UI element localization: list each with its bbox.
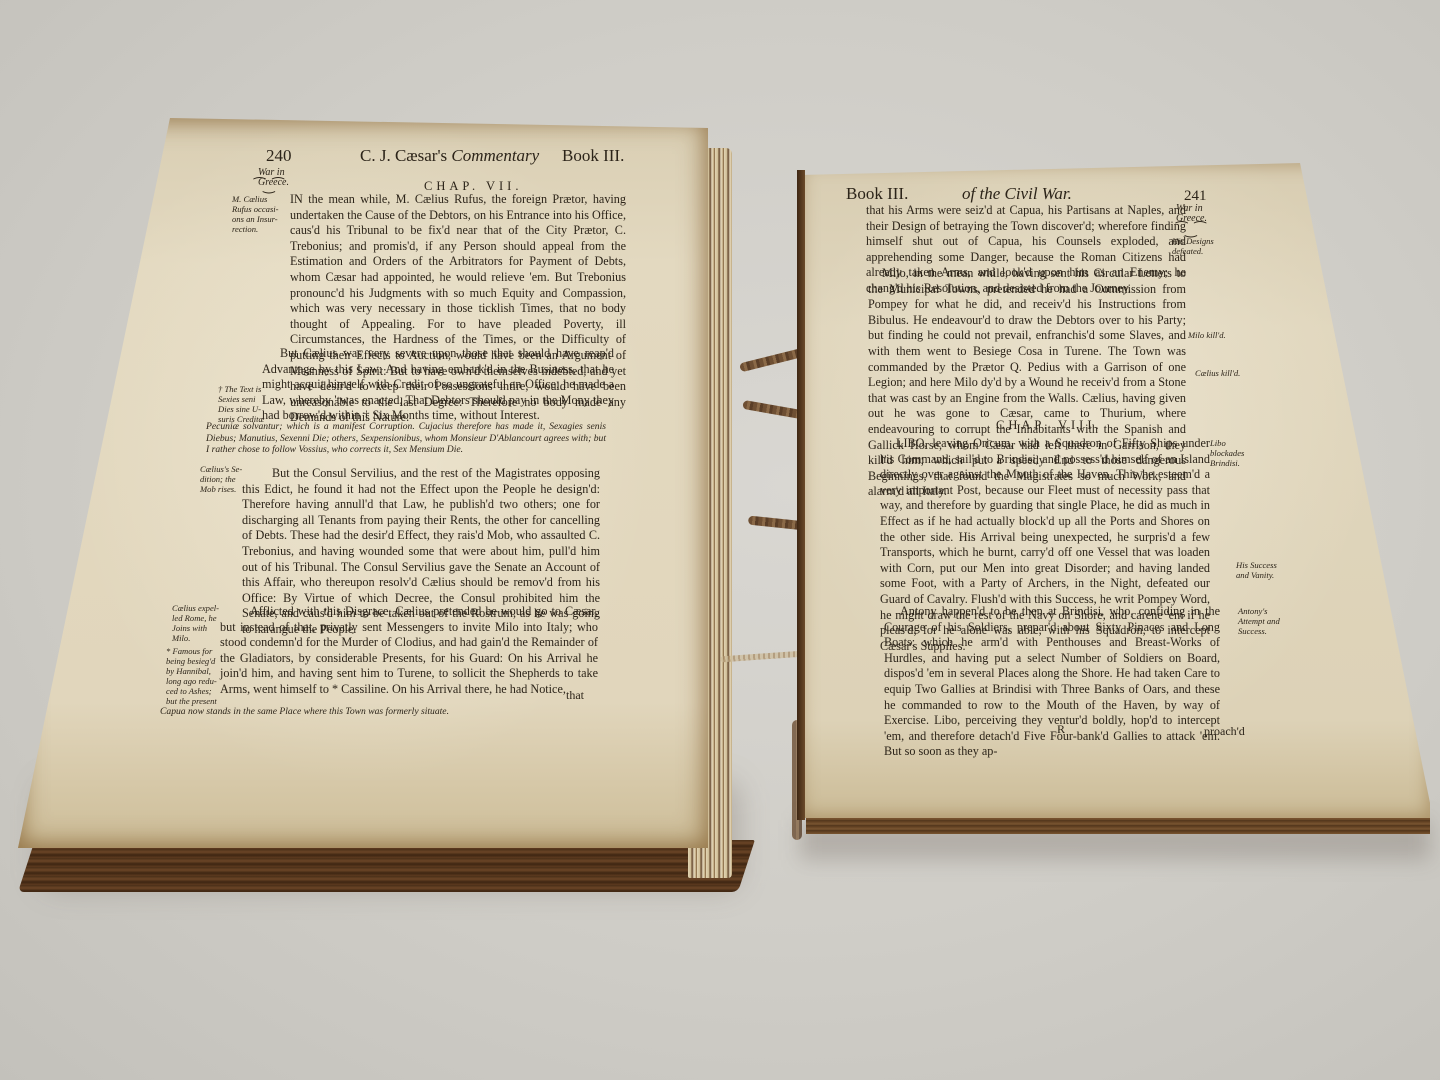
- left-running-head-italic: Commentary: [451, 146, 539, 165]
- left-footnote: Capua now stands in the same Place where…: [160, 706, 560, 718]
- signature-mark: R: [1057, 722, 1065, 737]
- left-margin-note: † The Text is Sexies seni Dies sine U- s…: [218, 384, 264, 424]
- left-running-head: C. J. Cæsar's Commentary: [360, 146, 539, 166]
- left-margin-note: * Famous for being besieg'd by Hannibal,…: [166, 646, 217, 706]
- right-margin-note: War in Greece.: [1176, 204, 1207, 224]
- right-margin-note: Milo kill'd.: [1188, 330, 1226, 340]
- left-margin-note: M. Cælius Rufus occasi- ons an Insur- re…: [232, 194, 279, 234]
- left-page-number: 240: [266, 146, 292, 166]
- left-footnote: Pecuniæ solvantur; which is a manifest C…: [206, 421, 606, 456]
- right-paragraph: Antony happen'd to be then at Brindisi, …: [884, 604, 1220, 760]
- left-paragraph: Afflicted with this Disgrace, Cælius pre…: [220, 604, 598, 698]
- left-running-head-book: Book III.: [562, 146, 624, 166]
- right-catchword: proach'd: [1204, 724, 1245, 739]
- left-margin-note: Cælius's Se- dition; the Mob rises.: [200, 464, 242, 494]
- brace-ornament-icon: ⁀‿⁀: [254, 178, 282, 195]
- right-block-spine-edge: [797, 170, 805, 820]
- right-margin-note: His Success and Vanity.: [1236, 560, 1277, 580]
- right-chapter-heading: CHAP. VIII.: [996, 418, 1103, 433]
- left-running-head-title: C. J. Cæsar's: [360, 146, 447, 165]
- right-running-head-book: Book III.: [846, 184, 908, 204]
- left-margin-note: Cælius expel- led Rome, he Joins with Mi…: [172, 603, 219, 643]
- right-margin-note: Antony's Attempt and Success.: [1238, 606, 1280, 636]
- right-running-head-title: of the Civil War.: [962, 184, 1072, 204]
- right-block-fore-edge: [806, 816, 1430, 834]
- left-paragraph: But Cælius was very severe upon those th…: [262, 346, 614, 424]
- book-photograph: 240 C. J. Cæsar's Commentary Book III. C…: [0, 0, 1440, 1080]
- right-margin-note: His Designs defeated.: [1172, 236, 1214, 256]
- left-catchword: that: [566, 688, 584, 703]
- right-margin-note: Cælius kill'd.: [1195, 368, 1240, 378]
- right-margin-note: Libo blockades Brindisi.: [1210, 438, 1244, 468]
